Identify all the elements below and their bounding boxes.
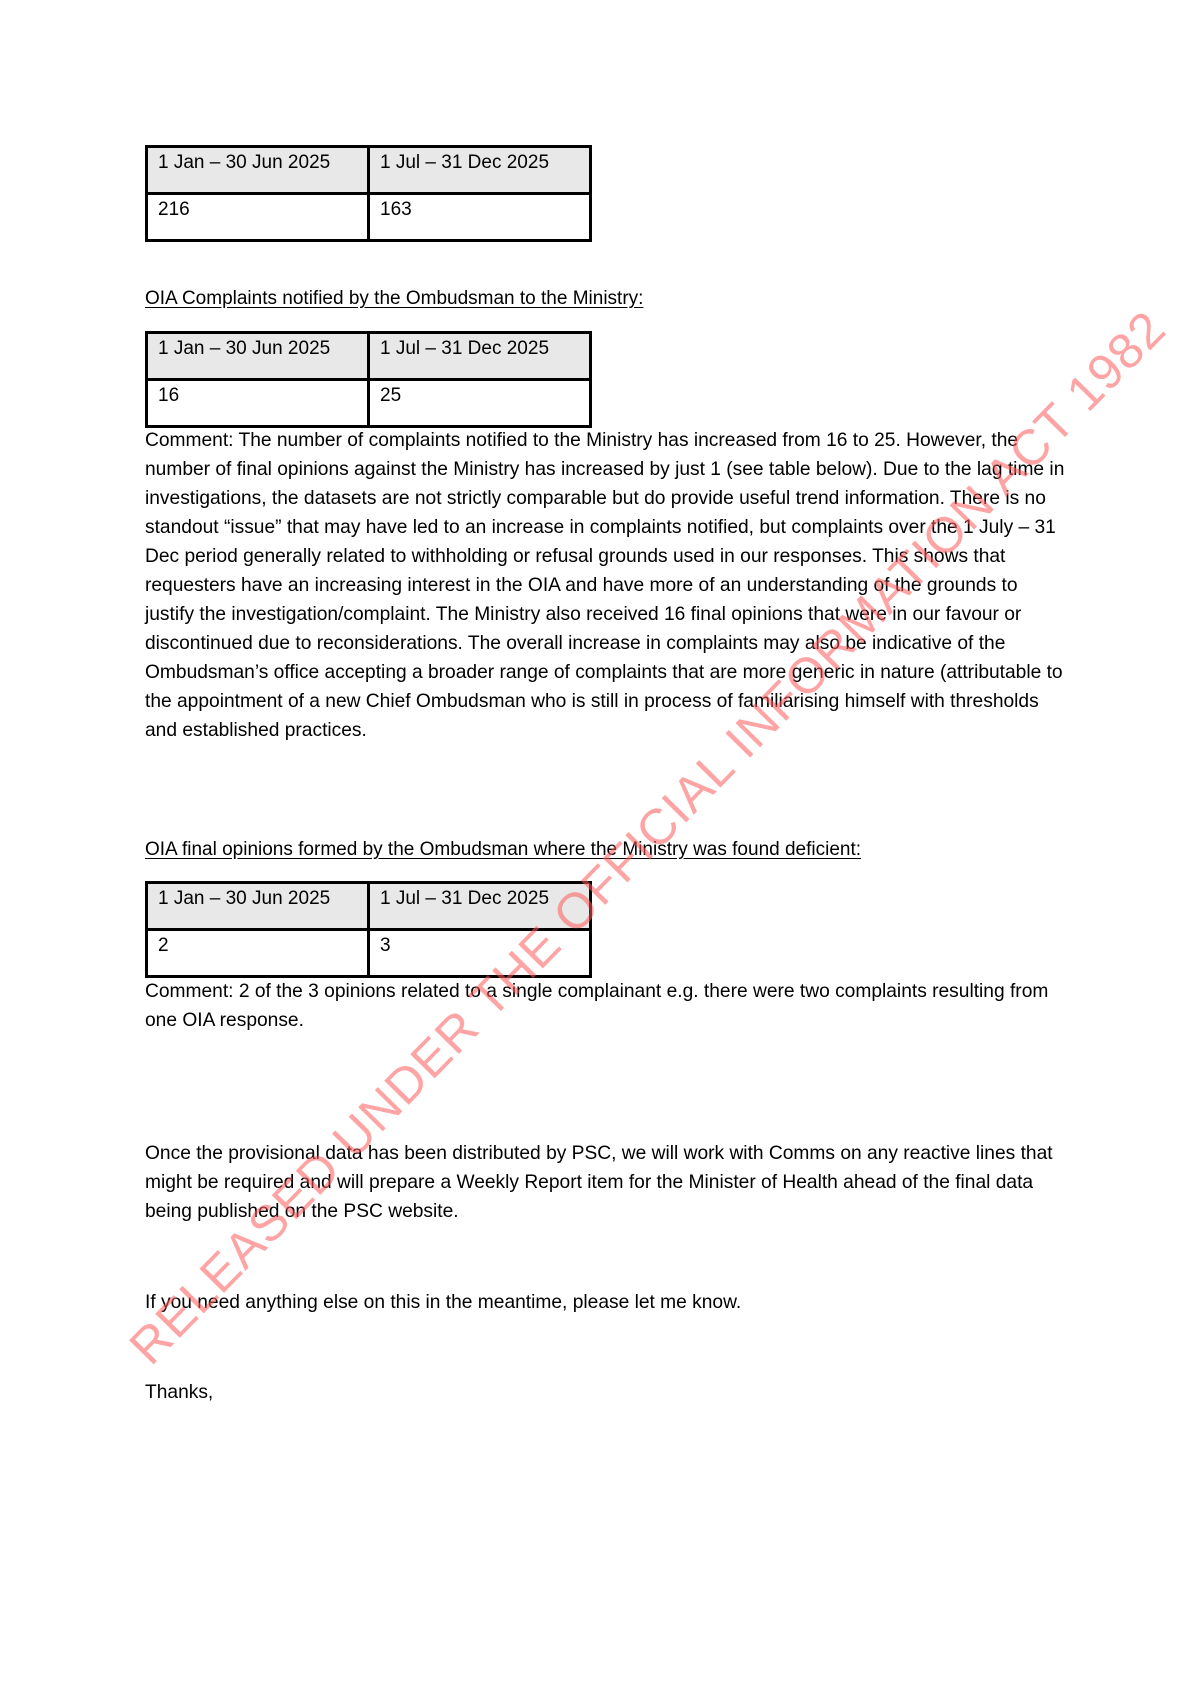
table-cell-h1: 16 bbox=[147, 380, 369, 427]
closing-paragraph: Once the provisional data has been distr… bbox=[145, 1139, 1065, 1226]
opinions-comment: Comment: 2 of the 3 opinions related to … bbox=[145, 977, 1065, 1035]
complaints-comment: Comment: The number of complaints notifi… bbox=[145, 426, 1065, 745]
document-page: 1 Jan – 30 Jun 2025 1 Jul – 31 Dec 2025 … bbox=[0, 0, 1190, 1684]
table-header-h2: 1 Jul – 31 Dec 2025 bbox=[369, 333, 591, 380]
table-header-h1: 1 Jan – 30 Jun 2025 bbox=[147, 333, 369, 380]
complaints-table: 1 Jan – 30 Jun 2025 1 Jul – 31 Dec 2025 … bbox=[145, 331, 592, 428]
opinions-heading: OIA final opinions formed by the Ombudsm… bbox=[145, 839, 861, 861]
table-header-h1: 1 Jan – 30 Jun 2025 bbox=[147, 883, 369, 930]
closing-request: If you need anything else on this in the… bbox=[145, 1288, 1065, 1317]
table-cell-h2: 163 bbox=[369, 194, 591, 241]
complaints-heading: OIA Complaints notified by the Ombudsman… bbox=[145, 288, 643, 310]
table-header-h2: 1 Jul – 31 Dec 2025 bbox=[369, 883, 591, 930]
table-cell-h2: 25 bbox=[369, 380, 591, 427]
table-cell-h1: 2 bbox=[147, 930, 369, 977]
table-header-h2: 1 Jul – 31 Dec 2025 bbox=[369, 147, 591, 194]
table-cell-h2: 3 bbox=[369, 930, 591, 977]
requests-table: 1 Jan – 30 Jun 2025 1 Jul – 31 Dec 2025 … bbox=[145, 145, 592, 242]
table-cell-h1: 216 bbox=[147, 194, 369, 241]
opinions-table: 1 Jan – 30 Jun 2025 1 Jul – 31 Dec 2025 … bbox=[145, 881, 592, 978]
signoff: Thanks, bbox=[145, 1378, 1065, 1407]
table-header-h1: 1 Jan – 30 Jun 2025 bbox=[147, 147, 369, 194]
